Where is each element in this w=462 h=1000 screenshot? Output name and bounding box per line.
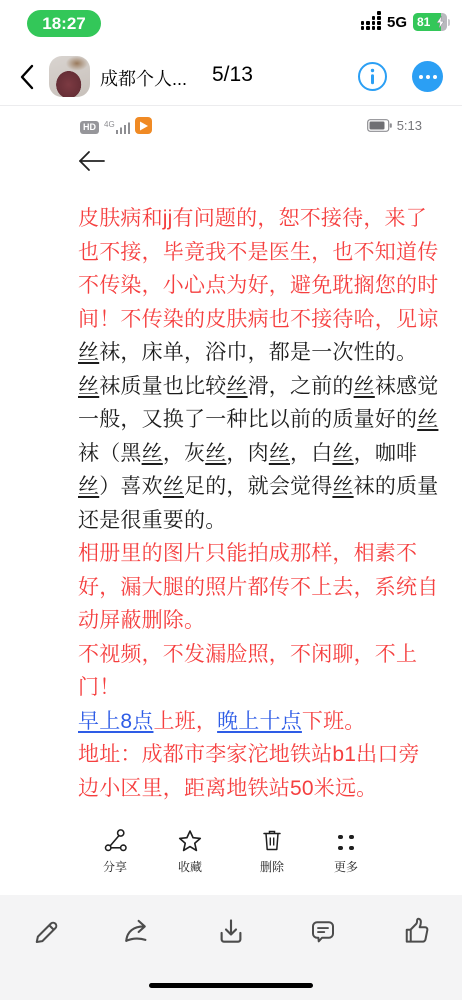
text-segment: 丝 <box>269 442 290 465</box>
like-button[interactable] <box>396 913 436 949</box>
text-line: 丝）喜欢丝足的，就会觉得丝袜的质量 <box>78 470 432 504</box>
text-line: 动屏蔽删除。 <box>78 604 432 638</box>
text-line: 早上8点上班，晚上十点下班。 <box>78 705 432 739</box>
text-line: 好，漏大腿的照片都传不上去，系统自 <box>78 571 432 605</box>
inner-time-label: 5:13 <box>397 118 422 133</box>
more-icon <box>419 75 423 79</box>
inner-back-button[interactable] <box>76 146 106 176</box>
hd-badge: HD <box>80 121 99 134</box>
share-button[interactable]: 分享 <box>80 827 150 875</box>
cellular-signal-icon <box>361 15 381 30</box>
text-segment: 丝 <box>332 442 353 465</box>
more-actions-button[interactable]: 更多 <box>311 827 381 875</box>
trash-icon <box>260 828 284 853</box>
back-chevron-icon <box>20 64 34 90</box>
text-segment: 丝 <box>78 341 99 364</box>
text-segment: 间！不传染的皮肤病也不接待哈，见谅 <box>78 308 438 331</box>
text-segment: 还是很重要的。 <box>78 509 226 532</box>
text-segment: 丝 <box>78 475 99 498</box>
more-button[interactable] <box>412 61 443 92</box>
text-segment: 丝 <box>332 475 353 498</box>
text-segment: 丝 <box>142 442 163 465</box>
text-segment: 袜（黑 <box>78 442 142 465</box>
text-line: 地址：成都市李家沱地铁站b1出口旁 <box>78 738 432 772</box>
text-segment: 丝 <box>354 375 375 398</box>
battery-percent: 81 <box>417 15 430 29</box>
comment-icon <box>308 916 338 946</box>
text-line: 间！不传染的皮肤病也不接待哈，见谅 <box>78 303 432 337</box>
text-segment: 一般，又换了一种比以前的质量好的 <box>78 408 417 431</box>
text-segment: 袜的质量 <box>354 475 439 498</box>
text-line: 丝袜，床单，浴巾，都是一次性的。 <box>78 336 432 370</box>
text-segment: 也不接，毕竟我不是医生，也不知道传 <box>78 241 438 264</box>
network-type-label: 5G <box>387 14 407 31</box>
delete-label: 删除 <box>260 858 284 875</box>
text-line: 不视频，不发漏脸照，不闲聊，不上 <box>78 638 432 672</box>
favorite-button[interactable]: 收藏 <box>155 827 225 875</box>
chat-title: 成都个人... <box>100 65 187 91</box>
text-segment: 下班。 <box>302 710 366 733</box>
text-segment: 丝 <box>205 442 226 465</box>
forward-button[interactable] <box>118 913 158 949</box>
text-segment: ，灰 <box>163 442 205 465</box>
text-segment: 丝 <box>417 408 438 431</box>
text-line: 边小区里，距离地铁站50米远。 <box>78 772 432 806</box>
info-button[interactable] <box>357 61 388 92</box>
text-segment: 滑，之前的 <box>248 375 354 398</box>
text-segment: ）喜欢 <box>99 475 163 498</box>
forward-icon <box>122 916 154 946</box>
video-app-icon <box>135 117 152 134</box>
text-segment: 丝 <box>163 475 184 498</box>
more-label: 更多 <box>334 858 358 875</box>
text-lines: 皮肤病和jj有问题的，恕不接待，来了也不接，毕竟我不是医生，也不知道传不传染，小… <box>78 202 432 805</box>
text-line: 相册里的图片只能拍成那样，相素不 <box>78 537 432 571</box>
text-line: 也不接，毕竟我不是医生，也不知道传 <box>78 236 432 270</box>
text-segment: 袜，床单，浴巾，都是一次性的。 <box>99 341 417 364</box>
share-label: 分享 <box>103 858 127 875</box>
download-button[interactable] <box>211 913 251 949</box>
text-segment: 不传染，小心点为好，避免耽搁您的时 <box>78 274 438 297</box>
star-icon <box>177 828 203 854</box>
text-segment: 丝 <box>226 375 247 398</box>
text-line: 一般，又换了一种比以前的质量好的丝 <box>78 403 432 437</box>
text-segment: ，白 <box>290 442 332 465</box>
like-icon <box>401 916 431 946</box>
home-indicator[interactable] <box>149 983 313 988</box>
status-bar: 18:27 5G 81 <box>0 0 462 48</box>
edit-button[interactable] <box>26 913 66 949</box>
info-icon <box>357 61 388 92</box>
delete-button[interactable]: 删除 <box>237 827 307 875</box>
favorite-label: 收藏 <box>178 858 202 875</box>
text-segment: 好，漏大腿的照片都传不上去，系统自 <box>78 576 438 599</box>
text-line: 丝袜质量也比较丝滑，之前的丝袜感觉 <box>78 370 432 404</box>
text-segment: 相册里的图片只能拍成那样，相素不 <box>78 542 417 565</box>
text-segment: 地址：成都市李家沱地铁站b1出口旁 <box>78 743 420 766</box>
image-counter: 5/13 <box>212 63 253 87</box>
link-text[interactable]: 早上8点 <box>78 710 153 733</box>
text-segment: 足的，就会觉得 <box>184 475 332 498</box>
text-segment: ，肉 <box>226 442 268 465</box>
text-line: 不传染，小心点为好，避免耽搁您的时 <box>78 269 432 303</box>
inner-toolbar: 分享 收藏 <box>0 827 462 887</box>
text-segment: ，咖啡 <box>354 442 418 465</box>
text-segment: 边小区里，距离地铁站50米远。 <box>78 777 377 800</box>
charging-bolt-icon <box>436 16 445 28</box>
inner-back-arrow-icon <box>77 150 105 172</box>
link-text[interactable]: 晚上十点 <box>217 710 302 733</box>
text-segment: 皮肤病和jj有问题的，恕不接待，来了 <box>78 207 427 230</box>
inner-status-bar: HD 4G <box>80 117 422 137</box>
inner-network-label: 4G <box>104 121 115 129</box>
battery-cap <box>448 19 450 26</box>
status-time: 18:27 <box>27 10 101 37</box>
inner-signal-icon: 4G <box>104 121 130 134</box>
text-segment: 袜感觉 <box>375 375 439 398</box>
text-segment: 动屏蔽删除。 <box>78 609 205 632</box>
text-line: 皮肤病和jj有问题的，恕不接待，来了 <box>78 202 432 236</box>
download-icon <box>216 916 246 946</box>
text-segment: 袜质量也比较 <box>99 375 226 398</box>
back-button[interactable] <box>14 63 40 91</box>
text-segment: 上班， <box>153 710 217 733</box>
text-segment: 门！ <box>78 676 120 699</box>
avatar[interactable] <box>49 56 90 97</box>
text-line: 袜（黑丝，灰丝，肉丝，白丝，咖啡 <box>78 437 432 471</box>
text-line: 还是很重要的。 <box>78 504 432 538</box>
more-dots-icon <box>337 829 356 852</box>
share-icon <box>103 828 128 853</box>
comment-button[interactable] <box>303 913 343 949</box>
bottom-action-bar <box>0 895 462 1000</box>
chat-header: 成都个人... 5/13 <box>0 48 462 106</box>
phone-screen: 18:27 5G 81 <box>0 0 462 1000</box>
battery-icon: 81 <box>413 13 447 31</box>
inner-battery-icon <box>367 119 392 132</box>
text-segment: 丝 <box>78 375 99 398</box>
status-right-cluster: 5G 81 <box>361 13 450 31</box>
text-line: 门！ <box>78 671 432 705</box>
text-segment: 不视频，不发漏脸照，不闲聊，不上 <box>78 643 417 666</box>
viewed-screenshot[interactable]: HD 4G <box>0 106 462 895</box>
edit-icon <box>31 916 61 946</box>
